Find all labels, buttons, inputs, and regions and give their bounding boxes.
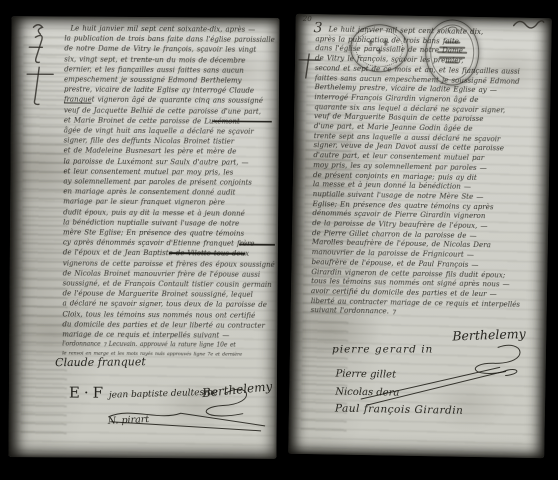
left-page: Le huit janvier mil sept cent soixante-d… — [8, 16, 279, 459]
signature-nicolas-dera: Nicolas dera — [335, 387, 399, 399]
right-page-text: Le huit janvier mil sept cent soixante d… — [310, 24, 548, 328]
signature-berthelemy-left: Berthelemy — [201, 379, 272, 400]
signature-paraph: N. pirart — [107, 414, 149, 427]
signature-pierre-gerardin: pierre gerard in — [332, 343, 433, 355]
left-page-text: Le huit janvier mil sept cent soixante-d… — [62, 23, 276, 376]
signature-claude-franquet: Claude franquet — [55, 355, 146, 369]
right-page: 20 3 ⚜ ⚜ ⚜ Le huit janvier mil sept cent… — [288, 14, 552, 458]
folio-number: 20 — [303, 15, 312, 23]
signature-berthelemy-right: Berthelemy — [452, 326, 526, 344]
signature-initials-ef: E·F — [69, 383, 107, 401]
signature-pierre-gillet: Pierre gillet — [335, 369, 396, 381]
signature-paul-francois-girardin: Paul françois Girardin — [335, 403, 464, 417]
archival-scan: Le huit janvier mil sept cent soixante-d… — [0, 0, 558, 480]
